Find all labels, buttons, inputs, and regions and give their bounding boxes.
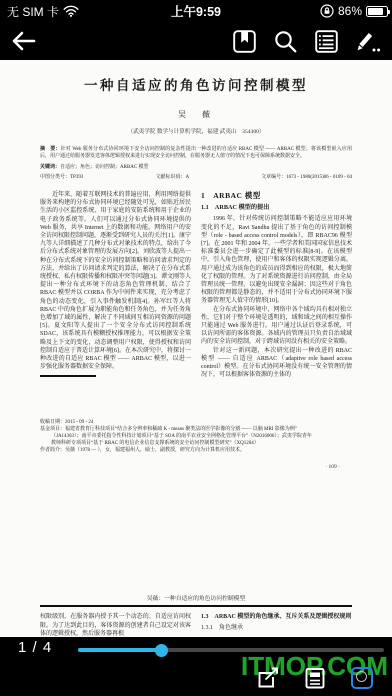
- battery-nub: [388, 10, 390, 15]
- paper-author: 吴 薇: [40, 109, 352, 120]
- night-mode-icon: [351, 667, 373, 689]
- pdf-page-2: 吴薇：一种自适应的角色访问控制模型 权限级别，在服务器内授予其一个动态的、自适应…: [0, 593, 392, 637]
- abstract: 摘 要：针对 Web 服务分布式协同环境下安全访问控制的复杂性提出一种改进的自适…: [40, 146, 352, 160]
- left-column: 权限级别，在服务器内授予其一个动态的、自适应访问权限。为了达到此目的，客体资源的…: [40, 613, 191, 637]
- section-1-1-heading: 1.1 ARBAC 模型的提出: [201, 204, 352, 212]
- keywords: 关键词：自适应；角色；访问控制；ARBAC 模型: [40, 163, 352, 170]
- app-screen: 无 SIM 卡 上午9:59 86%: [0, 0, 392, 696]
- section-1-3-1-heading: 1.3.1 角色继承: [201, 624, 352, 633]
- running-header: 吴薇：一种自适应的角色访问控制模型: [40, 593, 352, 602]
- body-columns: 权限级别，在服务器内授予其一个动态的、自适应访问权限。为了达到此目的，客体资源的…: [40, 613, 352, 637]
- body-paragraph: 权限级别，在服务器内授予其一个动态的、自适应访问权限。为了达到此目的，客体资源的…: [40, 613, 191, 637]
- bookmark-icon: [232, 29, 257, 54]
- annotations-list-button[interactable]: [311, 26, 341, 56]
- funding-line: 基金项目：福建省教育厅科技项目“结合多分辨率和稀疏 K - means 聚类法的…: [40, 427, 352, 434]
- page-thumbnails-button[interactable]: [303, 666, 327, 690]
- battery-icon: [366, 6, 388, 17]
- pdf-page-1: 一种自适应的角色访问控制模型 吴 薇 （武夷学院 数学与计算机学院，福建 武夷山…: [0, 60, 392, 470]
- funding-line: （JA14303）；南平市委托指令性科技计划项目“基于 SOA 的南平农业安全网…: [40, 434, 352, 441]
- article-number: 文章编号：1673 - 1980(2015)06 - 0109 - 04: [261, 173, 352, 180]
- back-arrow-icon: [9, 29, 37, 53]
- keywords-text: 自适应；角色；访问控制；ARBAC 模型: [60, 165, 148, 170]
- night-mode-button[interactable]: [350, 666, 374, 690]
- header-rule: [40, 605, 352, 608]
- right-column: 1 ARBAC 模型 1.1 ARBAC 模型的提出 1996 年，针对传统访问…: [201, 191, 352, 379]
- paper-title: 一种自适应的角色访问控制模型: [40, 74, 352, 94]
- footnotes-block: 收稿日期：2015 - 09 - 24 基金项目：福建省教育厅科技项目“结合多分…: [40, 420, 352, 455]
- bookmark-button[interactable]: [229, 26, 259, 56]
- status-bar: 无 SIM 卡 上午9:59 86%: [0, 0, 392, 22]
- search-icon: [273, 29, 298, 54]
- author-bio: 作者简介：吴薇（1978 — ），女，福建福州人，硕士，副教授，研究方向为计算机…: [40, 448, 352, 455]
- left-column: 近年来，随着互联网技术的普遍应用，利用网络提供服务来构建的分布式协同环境已经随处…: [40, 191, 191, 377]
- back-button[interactable]: [8, 26, 38, 56]
- share-button[interactable]: [256, 666, 280, 690]
- document-viewport[interactable]: 一种自适应的角色访问控制模型 吴 薇 （武夷学院 数学与计算机学院，福建 武夷山…: [0, 60, 392, 637]
- toolbar-actions: [229, 26, 382, 56]
- battery-fill: [368, 8, 383, 15]
- clc-number: 中图分类号：TP393: [40, 173, 83, 180]
- toolbar: [0, 22, 392, 60]
- section-1-1-paragraph: 针对这一新问题，本次研究提出一种改进的 RBAC 模型 —— 自适应 ARBAC…: [201, 347, 352, 380]
- page-thumbnails-icon: [303, 666, 327, 690]
- received-date: 收稿日期：2015 - 09 - 24: [40, 420, 352, 427]
- annotations-list-icon: [314, 29, 339, 54]
- page-slider-fill: [78, 648, 161, 652]
- edit-pencil-icon: [353, 29, 381, 54]
- edit-button[interactable]: [352, 26, 382, 56]
- document-code: 文献标识码：A: [155, 173, 189, 180]
- footnote-separator: [40, 375, 96, 377]
- section-1-1-paragraph: 在分布式协同环境中，网络中各个域均具有相对独立性，它们对于整个环境是透明的，域和…: [201, 306, 352, 347]
- abstract-label: 摘 要：: [40, 147, 61, 152]
- status-right: 86%: [320, 4, 392, 18]
- bottom-bar: 1 / 4 ITMOP.COM: [0, 637, 392, 696]
- page-number: · 109 ·: [40, 464, 352, 470]
- section-1-heading: 1 ARBAC 模型: [201, 192, 352, 200]
- section-1-3-heading: 1.3 ARBAC 模型的角色继承、互斥关系及逻辑授权规则: [201, 613, 352, 622]
- keywords-label: 关键词：: [40, 165, 60, 170]
- page-indicator: 1 / 4: [18, 639, 52, 656]
- battery-percent: 86%: [338, 4, 362, 18]
- article-meta: 中图分类号：TP393 文献标识码：A 文章编号：1673 - 1980(201…: [40, 173, 352, 180]
- page-slider-thumb[interactable]: [155, 644, 168, 657]
- abstract-text: 针对 Web 服务分布式协同环境下安全访问控制的复杂性提出一种改进的自适应 RB…: [40, 147, 352, 159]
- body-columns: 近年来，随着互联网技术的普遍应用，利用网络提供服务来构建的分布式协同环境已经随处…: [40, 191, 352, 415]
- funding-line: 教师科研专项项目“基于 RBAC 的电信企业信息支撑系统的安全访问控制模型研究”…: [40, 441, 352, 448]
- orientation-lock-icon: [320, 4, 334, 18]
- search-button[interactable]: [270, 26, 300, 56]
- paper-affiliation: （武夷学院 数学与计算机学院，福建 武夷山 354300）: [40, 127, 352, 135]
- section-1-1-paragraph: 1996 年，针对传统访问控制策略不能适应应用环境变化的不足，Ravi Sand…: [201, 215, 352, 305]
- share-icon: [256, 666, 280, 690]
- right-column: 1.3 ARBAC 模型的角色继承、互斥关系及逻辑授权规则 1.3.1 角色继承: [201, 613, 352, 637]
- intro-paragraph: 近年来，随着互联网技术的普遍应用，利用网络提供服务来构建的分布式协同环境已经随处…: [40, 191, 191, 371]
